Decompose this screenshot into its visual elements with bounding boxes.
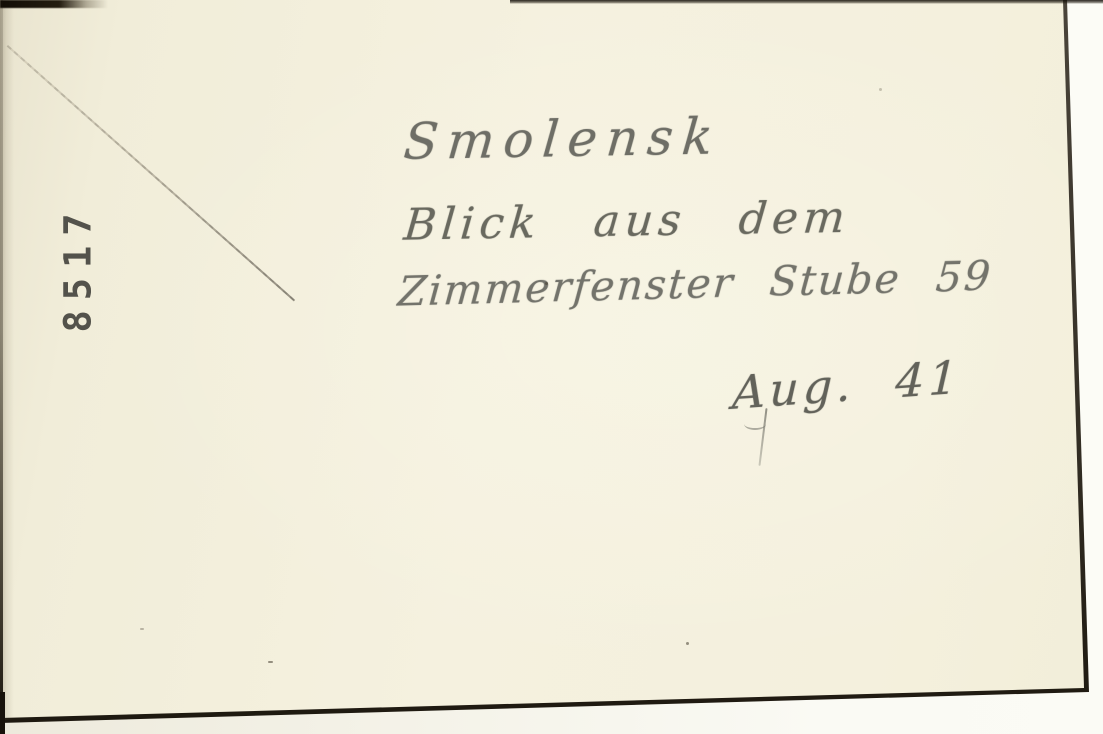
dust-speck: [686, 642, 689, 645]
bottom-left-scan-edge: [0, 692, 5, 734]
handwriting-line-2: Blick aus dem: [402, 192, 852, 251]
top-right-scan-shadow: [510, 0, 1103, 4]
dust-speck: [268, 661, 273, 663]
handwriting-line-1: Smolensk: [401, 107, 724, 171]
dust-speck: [140, 628, 144, 630]
dust-speck: [879, 88, 882, 91]
pencil-stray-hook: [744, 418, 766, 430]
photo-back-scan: 8517 Smolensk Blick aus dem Zimmerfenste…: [0, 0, 1103, 734]
stamp-number: 8517: [56, 186, 100, 351]
top-left-scan-shadow: [0, 0, 108, 8]
dust-speck: [545, 282, 548, 285]
left-scan-edge: [0, 0, 3, 734]
